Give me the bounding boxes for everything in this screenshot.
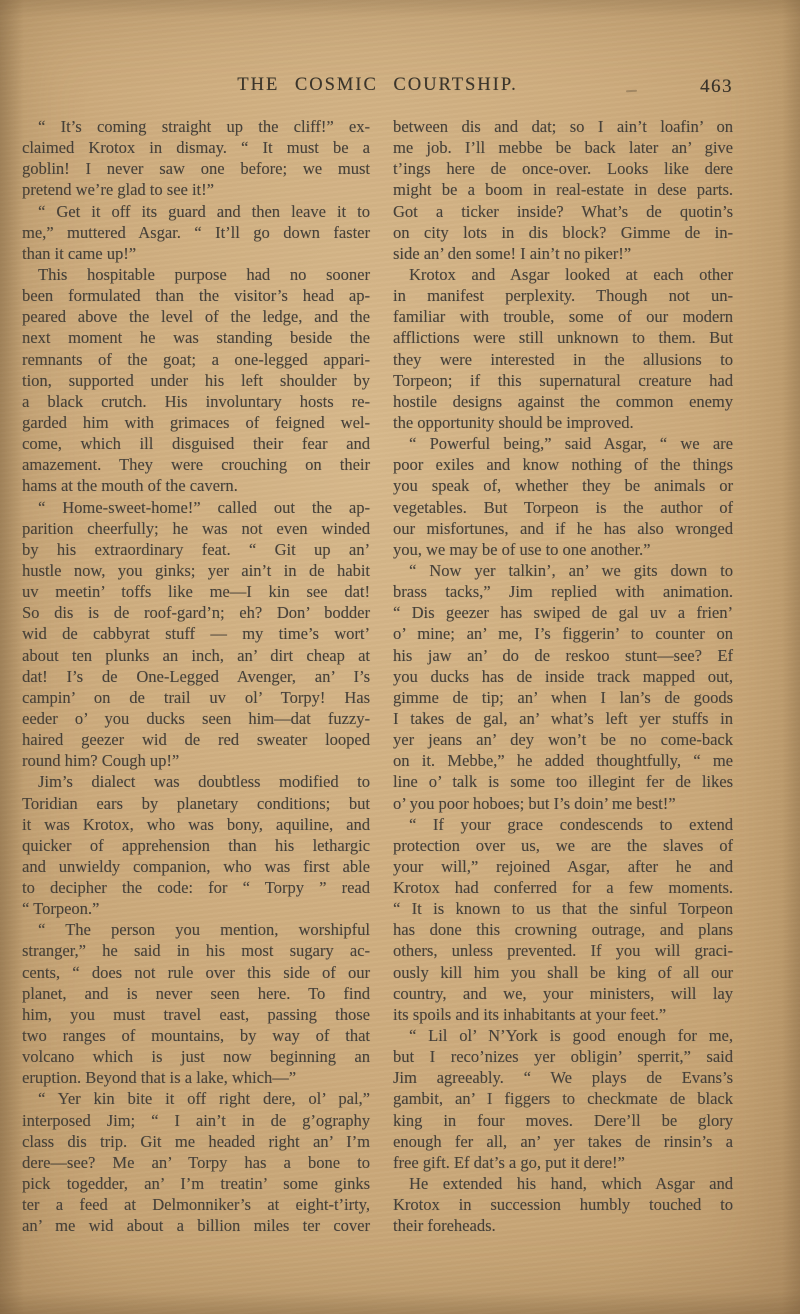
text-line: “ If your grace condescends to extend (393, 814, 733, 835)
text-line: So dis is de roof-gard’n; eh? Don’ bodde… (22, 602, 370, 623)
page-number: 463 (700, 76, 733, 98)
text-line: but I reco’nizes yer obligin’ sperrit,” … (393, 1046, 733, 1067)
text-line: cents, “ does not rule over this side of… (22, 962, 370, 983)
text-line: a black crutch. His involuntary hosts re… (22, 391, 370, 412)
text-line: on it. Mebbe,” he added thoughtfully, “ … (393, 750, 733, 771)
text-line: eruption. Beyond that is a lake, which—” (22, 1067, 370, 1088)
text-line: gimme de tip; an’ when I lan’s de goods (393, 687, 733, 708)
text-line: others, unless prevented. If you will gr… (393, 940, 733, 961)
text-line: pretend we’re glad to see it!” (22, 179, 370, 200)
text-line: brass tacks,” Jim replied with animation… (393, 581, 733, 602)
text-line: haired geezer wid de red sweater looped (22, 729, 370, 750)
book-page: THE COSMIC COURTSHIP. 463 “ It’s coming … (0, 0, 800, 1314)
text-line: an’ me wid about a billion miles ter cov… (22, 1215, 370, 1236)
text-line: it was Krotox, who was bony, aquiline, a… (22, 814, 370, 835)
text-line: planet, and is never seen here. To find (22, 983, 370, 1004)
text-line: hams at the mouth of the cavern. (22, 475, 370, 496)
text-line: o’ mine; an’ me, I’s figgerin’ to counte… (393, 623, 733, 644)
text-line: me,” muttered Asgar. “ It’ll go down fas… (22, 222, 370, 243)
text-line: Jim’s dialect was doubtless modified to (22, 771, 370, 792)
text-line: Torpeon; if this supernatural creature h… (393, 370, 733, 391)
text-line: your will,” rejoined Asgar, after he and (393, 856, 733, 877)
text-line: him, you must travel east, passing those (22, 1004, 370, 1025)
text-line: tion, supported under his left shoulder … (22, 370, 370, 391)
text-line: “ Get it off its guard and then leave it… (22, 201, 370, 222)
text-line: hustle now, you ginks; yer ain’t in de h… (22, 560, 370, 581)
text-line: free gift. Ef dat’s a go, put it dere!” (393, 1152, 733, 1173)
text-line: “ Yer kin bite it off right dere, ol’ pa… (22, 1088, 370, 1109)
text-line: He extended his hand, which Asgar and (393, 1173, 733, 1194)
running-head: THE COSMIC COURTSHIP. 463 (22, 75, 733, 101)
text-line: ously kill him you shall be king of all … (393, 962, 733, 983)
text-line: enough fer all, an’ yer takes de rinsin’… (393, 1131, 733, 1152)
text-line: Jim agreeably. “ We plays de Evans’s (393, 1067, 733, 1088)
text-line: “ Dis geezer has swiped de gal uv a frie… (393, 602, 733, 623)
text-line: country, and we, your ministers, will la… (393, 983, 733, 1004)
text-line: about ten plunks an inch, an’ dirt cheap… (22, 645, 370, 666)
text-line: “ Now yer talkin’, an’ we gits down to (393, 560, 733, 581)
text-line: parition cheerfully; he was not even win… (22, 518, 370, 539)
text-line: afflictions were still unknown to them. … (393, 327, 733, 348)
text-line: stranger,” he said in his most sugary ac… (22, 940, 370, 961)
text-line: protection over us, we are the slaves of (393, 835, 733, 856)
text-line: in manifest perplexity. Though not un- (393, 285, 733, 306)
text-line: round him? Cough up!” (22, 750, 370, 771)
text-line: hostile designs against the common enemy (393, 391, 733, 412)
text-line: Toridian ears by planetary conditions; b… (22, 793, 370, 814)
text-line: by his extraordinary feat. “ Git up an’ (22, 539, 370, 560)
text-line: poor exiles and know nothing of the thin… (393, 454, 733, 475)
text-line: amazement. They were crouching on their (22, 454, 370, 475)
text-line: “ It is known to us that the sinful Torp… (393, 898, 733, 919)
text-line: come, which ill disguised their fear and (22, 433, 370, 454)
text-line: peared above the level of the ledge, and… (22, 306, 370, 327)
text-line: “ It’s coming straight up the cliff!” ex… (22, 116, 370, 137)
text-line: I takes de gal, an’ what’s left yer stuf… (393, 708, 733, 729)
text-line: This hospitable purpose had no sooner (22, 264, 370, 285)
text-line: they were interested in the allusions to (393, 349, 733, 370)
right-column: between dis and dat; so I ain’t loafin’ … (393, 116, 733, 1236)
text-line: king in four moves. Dere’ll be glory (393, 1110, 733, 1131)
text-line: to decipher the code: for “ Torpy ” read (22, 877, 370, 898)
text-line: the opportunity should be improved. (393, 412, 733, 433)
text-line: “ The person you mention, worshipful (22, 919, 370, 940)
text-line: side an’ den some! I ain’t no piker!” (393, 243, 733, 264)
text-line: two ranges of mountains, by way of that (22, 1025, 370, 1046)
text-line: garded him with grimaces of feigned wel- (22, 412, 370, 433)
text-line: interposed Jim; “ I ain’t in de g’ograph… (22, 1110, 370, 1131)
text-line: ter a feed at Delmonniker’s at eight-t’i… (22, 1194, 370, 1215)
text-line: yer jeans an’ dey won’t be no come-back (393, 729, 733, 750)
text-line: on city lots in dis block? Gimme de in- (393, 222, 733, 243)
text-line: quicker of apprehension than his letharg… (22, 835, 370, 856)
text-line: pick togedder, an’ I’m treatin’ some gin… (22, 1173, 370, 1194)
text-line: volcano which is just now beginning an (22, 1046, 370, 1067)
text-line: class dis trip. Git me headed right an’ … (22, 1131, 370, 1152)
text-line: “ Torpeon.” (22, 898, 370, 919)
text-line: our misfortunes, and if he has also wron… (393, 518, 733, 539)
text-line: Krotox and Asgar looked at each other (393, 264, 733, 285)
text-line: t’ings here de once-over. Looks like der… (393, 158, 733, 179)
text-line: Krotox in succession humbly touched to (393, 1194, 733, 1215)
text-line: line o’ talk is some too illegint fer de… (393, 771, 733, 792)
text-line: me job. I’ll mebbe be back later an’ giv… (393, 137, 733, 158)
text-line: “ Lil ol’ N’York is good enough for me, (393, 1025, 733, 1046)
text-line: dat! I’s de One-Legged Avenger, an’ I’s (22, 666, 370, 687)
text-line: gambit, an’ I figgers to checkmate de bl… (393, 1088, 733, 1109)
text-line: their foreheads. (393, 1215, 733, 1236)
text-line: has done this crowning outrage, and plan… (393, 919, 733, 940)
text-line: next moment he was standing beside the (22, 327, 370, 348)
text-line: you, we may be of use to one another.” (393, 539, 733, 560)
stray-pencil-mark (626, 90, 637, 93)
text-line: might be a boom in real-estate in dese p… (393, 179, 733, 200)
text-line: dere—see? Me an’ Torpy has a bone to (22, 1152, 370, 1173)
text-line: Got a ticker inside? What’s de quotin’s (393, 201, 733, 222)
text-line: goblin! I never saw one before; we must (22, 158, 370, 179)
text-line: than it came up!” (22, 243, 370, 264)
page-title: THE COSMIC COURTSHIP. (237, 75, 517, 95)
text-line: claimed Krotox in dismay. “ It must be a (22, 137, 370, 158)
text-line: familiar with trouble, some of our moder… (393, 306, 733, 327)
left-column: “ It’s coming straight up the cliff!” ex… (22, 116, 370, 1236)
text-line: remnants of the goat; a one-legged appar… (22, 349, 370, 370)
text-line: campin’ on de trail uv ol’ Torpy! Has (22, 687, 370, 708)
text-line: and unwieldy companion, who was first ab… (22, 856, 370, 877)
text-line: vegetables. But Torpeon is the author of (393, 497, 733, 518)
text-line: you speak of, whether they be animals or (393, 475, 733, 496)
text-line: between dis and dat; so I ain’t loafin’ … (393, 116, 733, 137)
text-line: eeder o’ you ducks seen him—dat fuzzy- (22, 708, 370, 729)
text-line: its spoils and its inhabitants at your f… (393, 1004, 733, 1025)
text-line: uv meetin’ toffs like me—I kin see dat! (22, 581, 370, 602)
text-line: wid de cabbyrat stuff — my time’s wort’ (22, 623, 370, 644)
text-line: “ Powerful being,” said Asgar, “ we are (393, 433, 733, 454)
text-line: Krotox had conferred for a few moments. (393, 877, 733, 898)
text-line: been formulated than the visitor’s head … (22, 285, 370, 306)
text-line: o’ you poor hoboes; but I’s doin’ me bes… (393, 793, 733, 814)
text-line: “ Home-sweet-home!” called out the ap- (22, 497, 370, 518)
text-line: his jaw an’ do de reskoo stunt—see? Ef (393, 645, 733, 666)
text-line: you ducks has de inside track mapped out… (393, 666, 733, 687)
